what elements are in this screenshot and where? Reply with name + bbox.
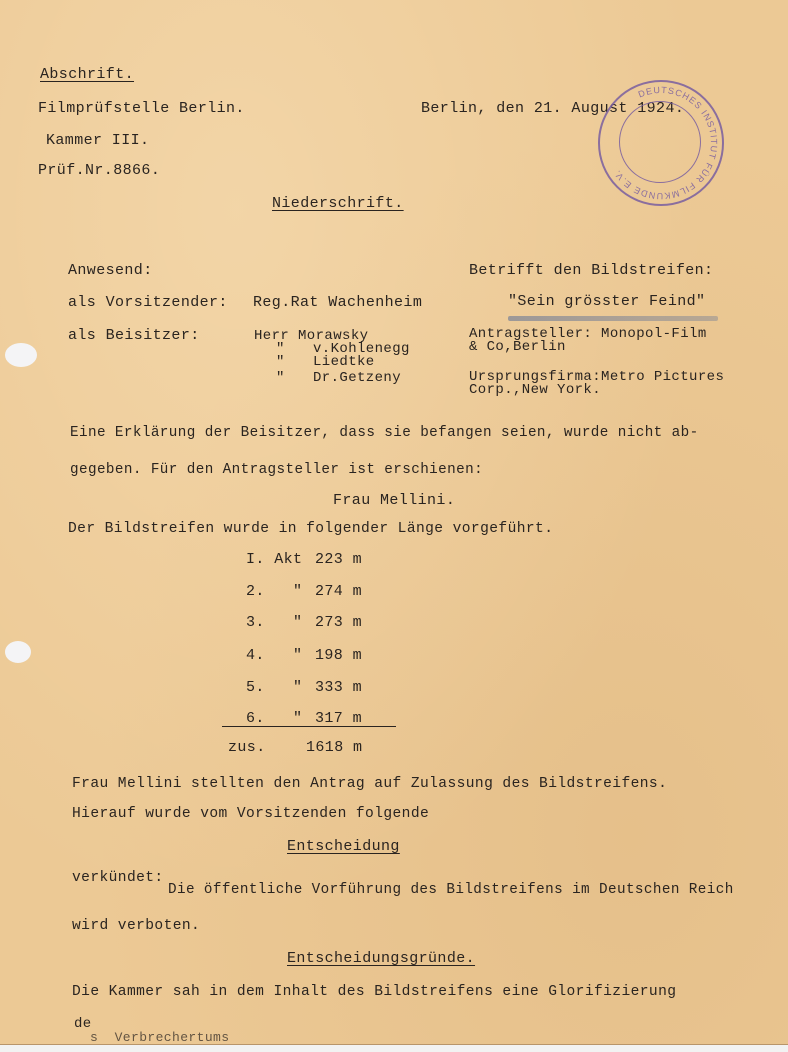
reasons-line-2a: de bbox=[74, 1016, 92, 1032]
pencil-underline bbox=[508, 316, 718, 321]
origin-line-2: Corp.,New York. bbox=[469, 384, 601, 397]
document-page: Abschrift. Filmprüfstelle Berlin. Kammer… bbox=[0, 0, 788, 1045]
exam-number: Prüf.Nr.8866. bbox=[38, 162, 160, 179]
ruling-line-1: Die öffentliche Vorführung des Bildstrei… bbox=[168, 882, 734, 898]
punch-hole-top bbox=[5, 343, 37, 367]
reel-act: 4. " bbox=[246, 647, 302, 664]
total-length: 1618 m bbox=[306, 739, 362, 756]
office-name: Filmprüfstelle Berlin. bbox=[38, 100, 245, 117]
decision-heading: Entscheidung bbox=[287, 838, 400, 855]
reasons-line-2b: s Verbrechertums bbox=[90, 1030, 229, 1045]
paragraph-line-1: Eine Erklärung der Beisitzer, dass sie b… bbox=[70, 425, 699, 441]
chair-name: Reg.Rat Wachenheim bbox=[253, 294, 422, 311]
subject-label: Betrifft den Bildstreifen: bbox=[469, 262, 713, 279]
reel-act: I. Akt bbox=[246, 551, 302, 568]
request-text: Frau Mellini stellten den Antrag auf Zul… bbox=[72, 776, 667, 792]
announced-label: verkündet: bbox=[72, 870, 164, 886]
reel-length: 317 m bbox=[315, 710, 362, 727]
applicant-line-2: & Co,Berlin bbox=[469, 341, 566, 354]
representative: Frau Mellini. bbox=[333, 492, 455, 509]
chair-label: als Vorsitzender: bbox=[68, 294, 228, 311]
reel-length: 273 m bbox=[315, 614, 362, 631]
reel-length: 198 m bbox=[315, 647, 362, 664]
assessors-label: als Beisitzer: bbox=[68, 327, 200, 344]
punch-hole-bottom bbox=[5, 641, 31, 663]
reel-act: 5. " bbox=[246, 679, 302, 696]
copy-label: Abschrift. bbox=[40, 66, 134, 83]
film-title: "Sein grösster Feind" bbox=[508, 293, 705, 310]
reel-length: 333 m bbox=[315, 679, 362, 696]
reel-act: 6. " bbox=[246, 710, 302, 727]
length-intro: Der Bildstreifen wurde in folgender Läng… bbox=[68, 521, 553, 537]
decision-intro: Hierauf wurde vom Vorsitzenden folgende bbox=[72, 806, 429, 822]
ditto-mark: " bbox=[276, 372, 285, 385]
paragraph-line-2: gegeben. Für den Antragsteller ist ersch… bbox=[70, 462, 483, 478]
sum-rule bbox=[222, 726, 396, 727]
ditto-mark: " bbox=[276, 356, 285, 369]
reasons-line-1: Die Kammer sah in dem Inhalt des Bildstr… bbox=[72, 984, 676, 1000]
reasons-heading: Entscheidungsgründe. bbox=[287, 950, 475, 967]
reel-length: 274 m bbox=[315, 583, 362, 600]
reel-act: 2. " bbox=[246, 583, 302, 600]
svg-text:DEUTSCHES INSTITUT FÜR FILMKUN: DEUTSCHES INSTITUT FÜR FILMKUNDE E.V. bbox=[612, 85, 719, 201]
assessor-4: Dr.Getzeny bbox=[313, 372, 401, 385]
institute-stamp: DEUTSCHES INSTITUT FÜR FILMKUNDE E.V. bbox=[598, 80, 724, 206]
total-label: zus. bbox=[228, 739, 266, 756]
chamber: Kammer III. bbox=[46, 132, 149, 149]
ruling-line-2: wird verboten. bbox=[72, 918, 200, 934]
stamp-text-icon: DEUTSCHES INSTITUT FÜR FILMKUNDE E.V. bbox=[600, 82, 722, 204]
reel-length: 223 m bbox=[315, 551, 362, 568]
attendance-label: Anwesend: bbox=[68, 262, 153, 279]
page-title: Niederschrift. bbox=[272, 195, 404, 212]
assessor-3: Liedtke bbox=[313, 356, 375, 369]
reel-act: 3. " bbox=[246, 614, 302, 631]
